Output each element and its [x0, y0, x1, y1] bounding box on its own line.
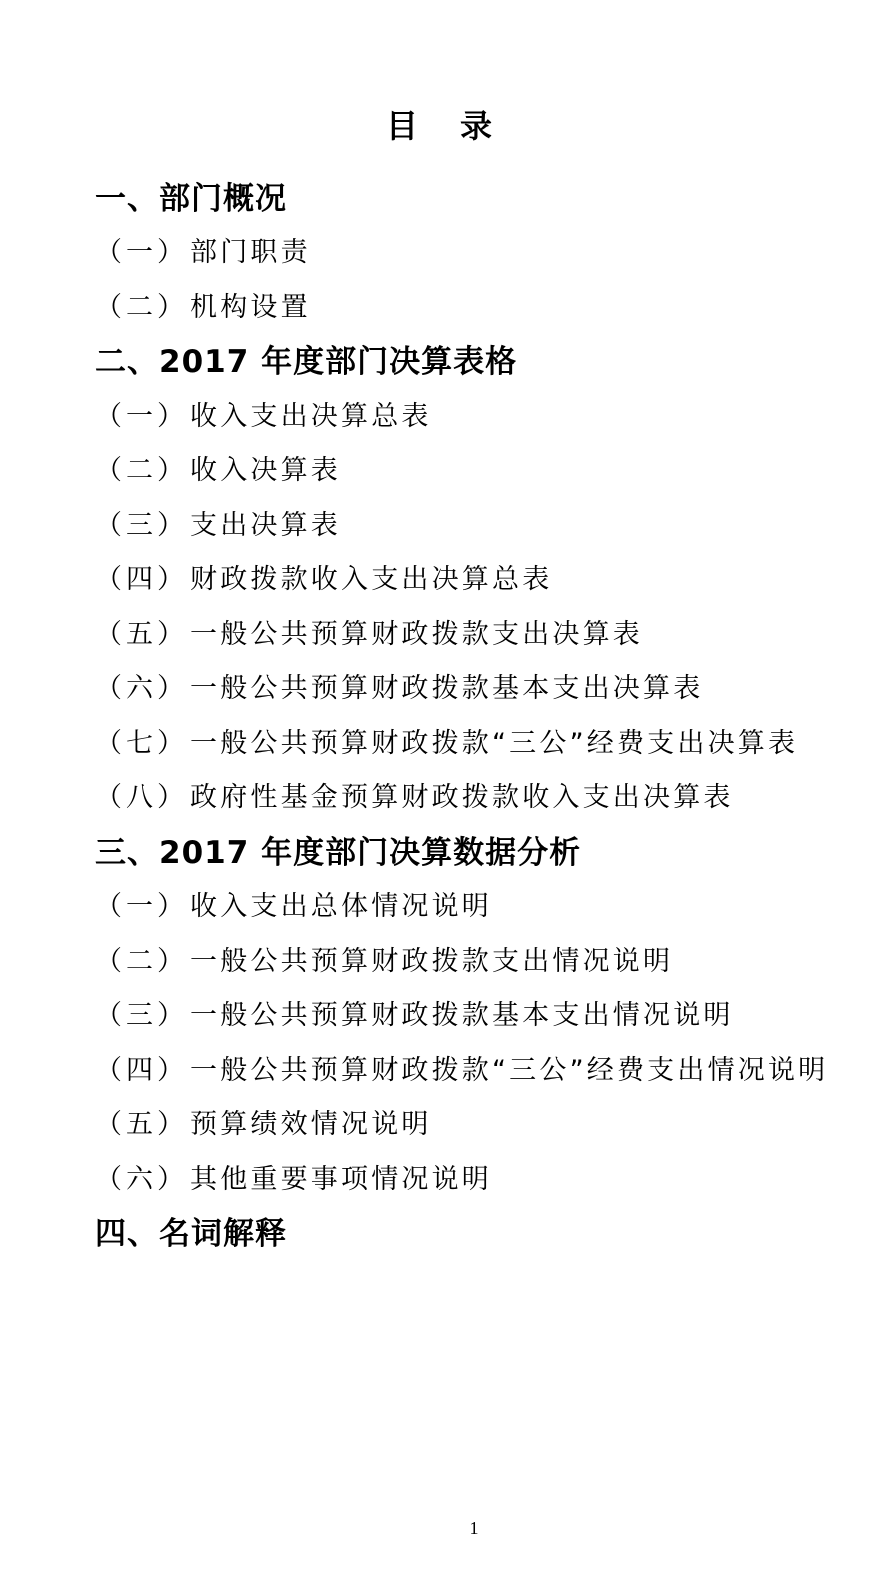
toc-number: （四）: [95, 557, 188, 596]
toc-subsection: （四）财政拨款收入支出决算总表: [95, 550, 890, 605]
toc-subsection: （四）一般公共预算财政拨款“三公”经费支出情况说明: [95, 1040, 890, 1095]
toc-subsection: （二）机构设置: [95, 277, 890, 332]
toc-subsection: （三）支出决算表: [95, 495, 890, 550]
toc-text: 名词解释: [159, 1208, 287, 1253]
toc-number: （六）: [95, 1157, 188, 1196]
toc-text: 收入决算表: [190, 448, 341, 487]
toc-subsection: （一）收入支出决算总表: [95, 386, 890, 441]
toc-text: 收入支出总体情况说明: [190, 884, 492, 923]
toc-subsection: （八）政府性基金预算财政拨款收入支出决算表: [95, 768, 890, 823]
toc-section-4: 四、名词解释: [95, 1204, 890, 1259]
toc-number: （一）: [95, 884, 188, 923]
toc-subsection: （三）一般公共预算财政拨款基本支出情况说明: [95, 986, 890, 1041]
toc-number: （二）: [95, 448, 188, 487]
toc-text: 支出决算表: [190, 503, 341, 542]
toc-number: 二、: [95, 336, 159, 381]
toc-text: 一般公共预算财政拨款“三公”经费支出决算表: [190, 721, 798, 760]
toc-text: 部门概况: [159, 173, 287, 218]
toc-text: 一般公共预算财政拨款支出情况说明: [190, 939, 673, 978]
toc-text: 其他重要事项情况说明: [190, 1157, 492, 1196]
toc-text: 2017 年度部门决算数据分析: [159, 827, 581, 872]
toc-number: （三）: [95, 993, 188, 1032]
toc-subsection: （五）一般公共预算财政拨款支出决算表: [95, 604, 890, 659]
toc-text: 2017 年度部门决算表格: [159, 336, 517, 381]
toc-text: 收入支出决算总表: [190, 394, 432, 433]
toc-text: 政府性基金预算财政拨款收入支出决算表: [190, 775, 734, 814]
toc-text: 一般公共预算财政拨款支出决算表: [190, 612, 643, 651]
toc-number: （三）: [95, 503, 188, 542]
toc-number: （一）: [95, 230, 188, 269]
toc-number: （七）: [95, 721, 188, 760]
toc-text: 一般公共预算财政拨款基本支出情况说明: [190, 993, 734, 1032]
toc-text: 预算绩效情况说明: [190, 1102, 432, 1141]
toc-number: （四）: [95, 1048, 188, 1087]
toc-section-3: 三、2017 年度部门决算数据分析: [95, 822, 890, 877]
table-of-contents: 一、部门概况 （一）部门职责 （二）机构设置 二、2017 年度部门决算表格 （…: [95, 168, 890, 1258]
toc-subsection: （一）部门职责: [95, 223, 890, 278]
toc-number: 一、: [95, 173, 159, 218]
toc-number: （五）: [95, 1102, 188, 1141]
page-title: 目录: [0, 106, 884, 146]
toc-number: （五）: [95, 612, 188, 651]
toc-number: （一）: [95, 394, 188, 433]
toc-subsection: （六）其他重要事项情况说明: [95, 1149, 890, 1204]
toc-number: （二）: [95, 939, 188, 978]
toc-section-2: 二、2017 年度部门决算表格: [95, 332, 890, 387]
toc-number: （二）: [95, 285, 188, 324]
toc-text: 部门职责: [190, 230, 311, 269]
toc-subsection: （一）收入支出总体情况说明: [95, 877, 890, 932]
toc-number: 四、: [95, 1208, 159, 1253]
toc-subsection: （二）收入决算表: [95, 441, 890, 496]
toc-subsection: （二）一般公共预算财政拨款支出情况说明: [95, 931, 890, 986]
toc-number: （六）: [95, 666, 188, 705]
toc-text: 一般公共预算财政拨款“三公”经费支出情况说明: [190, 1048, 828, 1087]
page-number: 1: [29, 1518, 890, 1538]
toc-subsection: （七）一般公共预算财政拨款“三公”经费支出决算表: [95, 713, 890, 768]
toc-subsection: （六）一般公共预算财政拨款基本支出决算表: [95, 659, 890, 714]
toc-subsection: （五）预算绩效情况说明: [95, 1095, 890, 1150]
toc-section-1: 一、部门概况: [95, 168, 890, 223]
toc-number: 三、: [95, 827, 159, 872]
toc-text: 一般公共预算财政拨款基本支出决算表: [190, 666, 703, 705]
toc-text: 财政拨款收入支出决算总表: [190, 557, 552, 596]
toc-number: （八）: [95, 775, 188, 814]
toc-text: 机构设置: [190, 285, 311, 324]
